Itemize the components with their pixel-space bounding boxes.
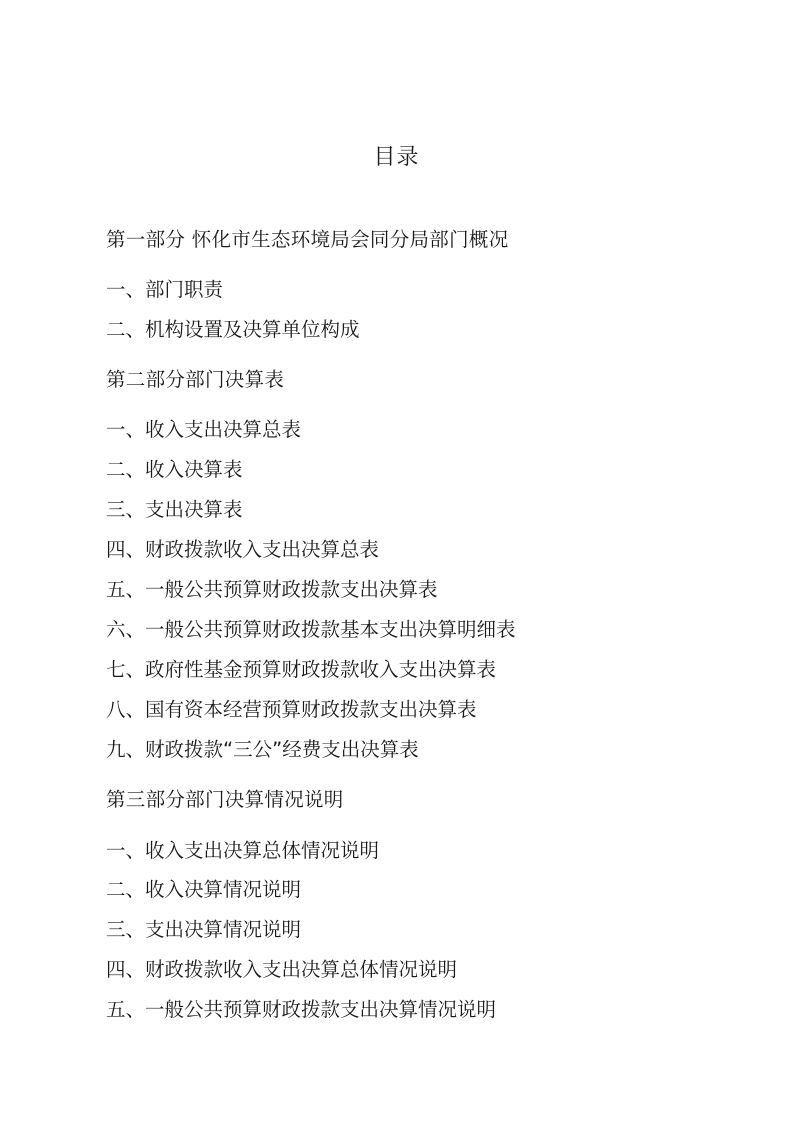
toc-item: 一、收入支出决算总体情况说明 [106, 839, 379, 863]
toc-item: 一、部门职责 [106, 278, 223, 302]
toc-part-2-heading: 第二部分部门决算表 [106, 368, 284, 392]
toc-item: 七、政府性基金预算财政拨款收入支出决算表 [106, 658, 496, 682]
toc-item: 四、财政拨款收入支出决算总体情况说明 [106, 958, 457, 982]
toc-item: 二、收入决算表 [106, 458, 243, 482]
toc-item: 四、财政拨款收入支出决算总表 [106, 538, 379, 562]
toc-item: 三、支出决算表 [106, 498, 243, 522]
document-page: 目录 第一部分 怀化市生态环境局会同分局部门概况 一、部门职责 二、机构设置及决… [0, 0, 793, 1122]
toc-item: 五、一般公共预算财政拨款支出决算表 [106, 578, 438, 602]
toc-item: 一、收入支出决算总表 [106, 418, 301, 442]
toc-title: 目录 [0, 145, 793, 171]
toc-part-3-heading: 第三部分部门决算情况说明 [106, 788, 344, 812]
toc-part-1-heading: 第一部分 怀化市生态环境局会同分局部门概况 [106, 228, 509, 252]
toc-item: 五、一般公共预算财政拨款支出决算情况说明 [106, 998, 496, 1022]
toc-item: 八、国有资本经营预算财政拨款支出决算表 [106, 698, 477, 722]
toc-item: 二、收入决算情况说明 [106, 878, 301, 902]
toc-item: 三、支出决算情况说明 [106, 918, 301, 942]
toc-item: 六、一般公共预算财政拨款基本支出决算明细表 [106, 618, 516, 642]
toc-item: 二、机构设置及决算单位构成 [106, 318, 360, 342]
toc-item: 九、财政拨款“三公”经费支出决算表 [106, 738, 419, 762]
